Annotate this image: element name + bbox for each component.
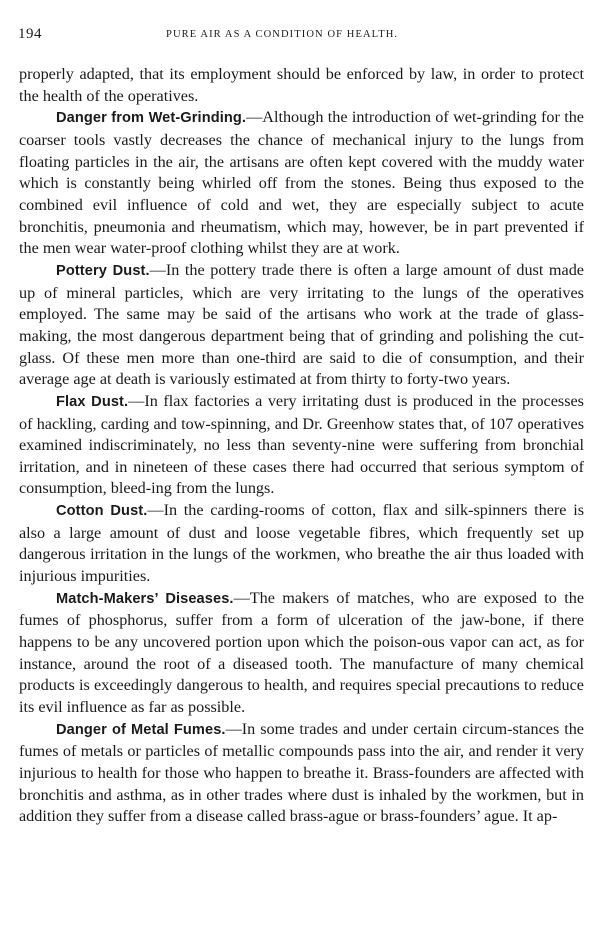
section-heading: Cotton Dust. xyxy=(56,503,147,519)
paragraph-text: —In the pottery trade there is often a l… xyxy=(19,261,584,388)
section-heading: Danger from Wet-Grinding. xyxy=(56,110,246,126)
paragraph-flax-dust: Flax Dust.—In flax factories a very irri… xyxy=(19,391,584,500)
page-number: 194 xyxy=(18,26,42,43)
paragraph-text: —The makers of matches, who are exposed … xyxy=(19,589,584,716)
paragraph-wet-grinding: Danger from Wet-Grinding.—Although the i… xyxy=(19,107,584,260)
section-heading: Danger of Metal Fumes. xyxy=(56,722,226,738)
paragraph-text: properly adapted, that its employment sh… xyxy=(19,65,584,105)
section-heading: Match-Makers’ Diseases. xyxy=(56,591,234,607)
section-heading: Pottery Dust. xyxy=(56,263,150,279)
running-head: 194 PURE AIR AS A CONDITION OF HEALTH. xyxy=(18,26,584,46)
running-title: PURE AIR AS A CONDITION OF HEALTH. xyxy=(166,29,398,40)
section-heading: Flax Dust. xyxy=(56,394,128,410)
paragraph-text: —Although the introduction of wet-grindi… xyxy=(19,108,584,257)
paragraph-metal-fumes: Danger of Metal Fumes.—In some trades an… xyxy=(19,719,584,828)
paragraph-continuation: properly adapted, that its employment sh… xyxy=(19,64,584,107)
paragraph-pottery-dust: Pottery Dust.—In the pottery trade there… xyxy=(19,260,584,391)
book-page: 194 PURE AIR AS A CONDITION OF HEALTH. p… xyxy=(0,0,602,947)
body-text: properly adapted, that its employment sh… xyxy=(19,64,584,828)
paragraph-cotton-dust: Cotton Dust.—In the carding-rooms of cot… xyxy=(19,500,584,588)
paragraph-match-makers: Match-Makers’ Diseases.—The makers of ma… xyxy=(19,588,584,719)
